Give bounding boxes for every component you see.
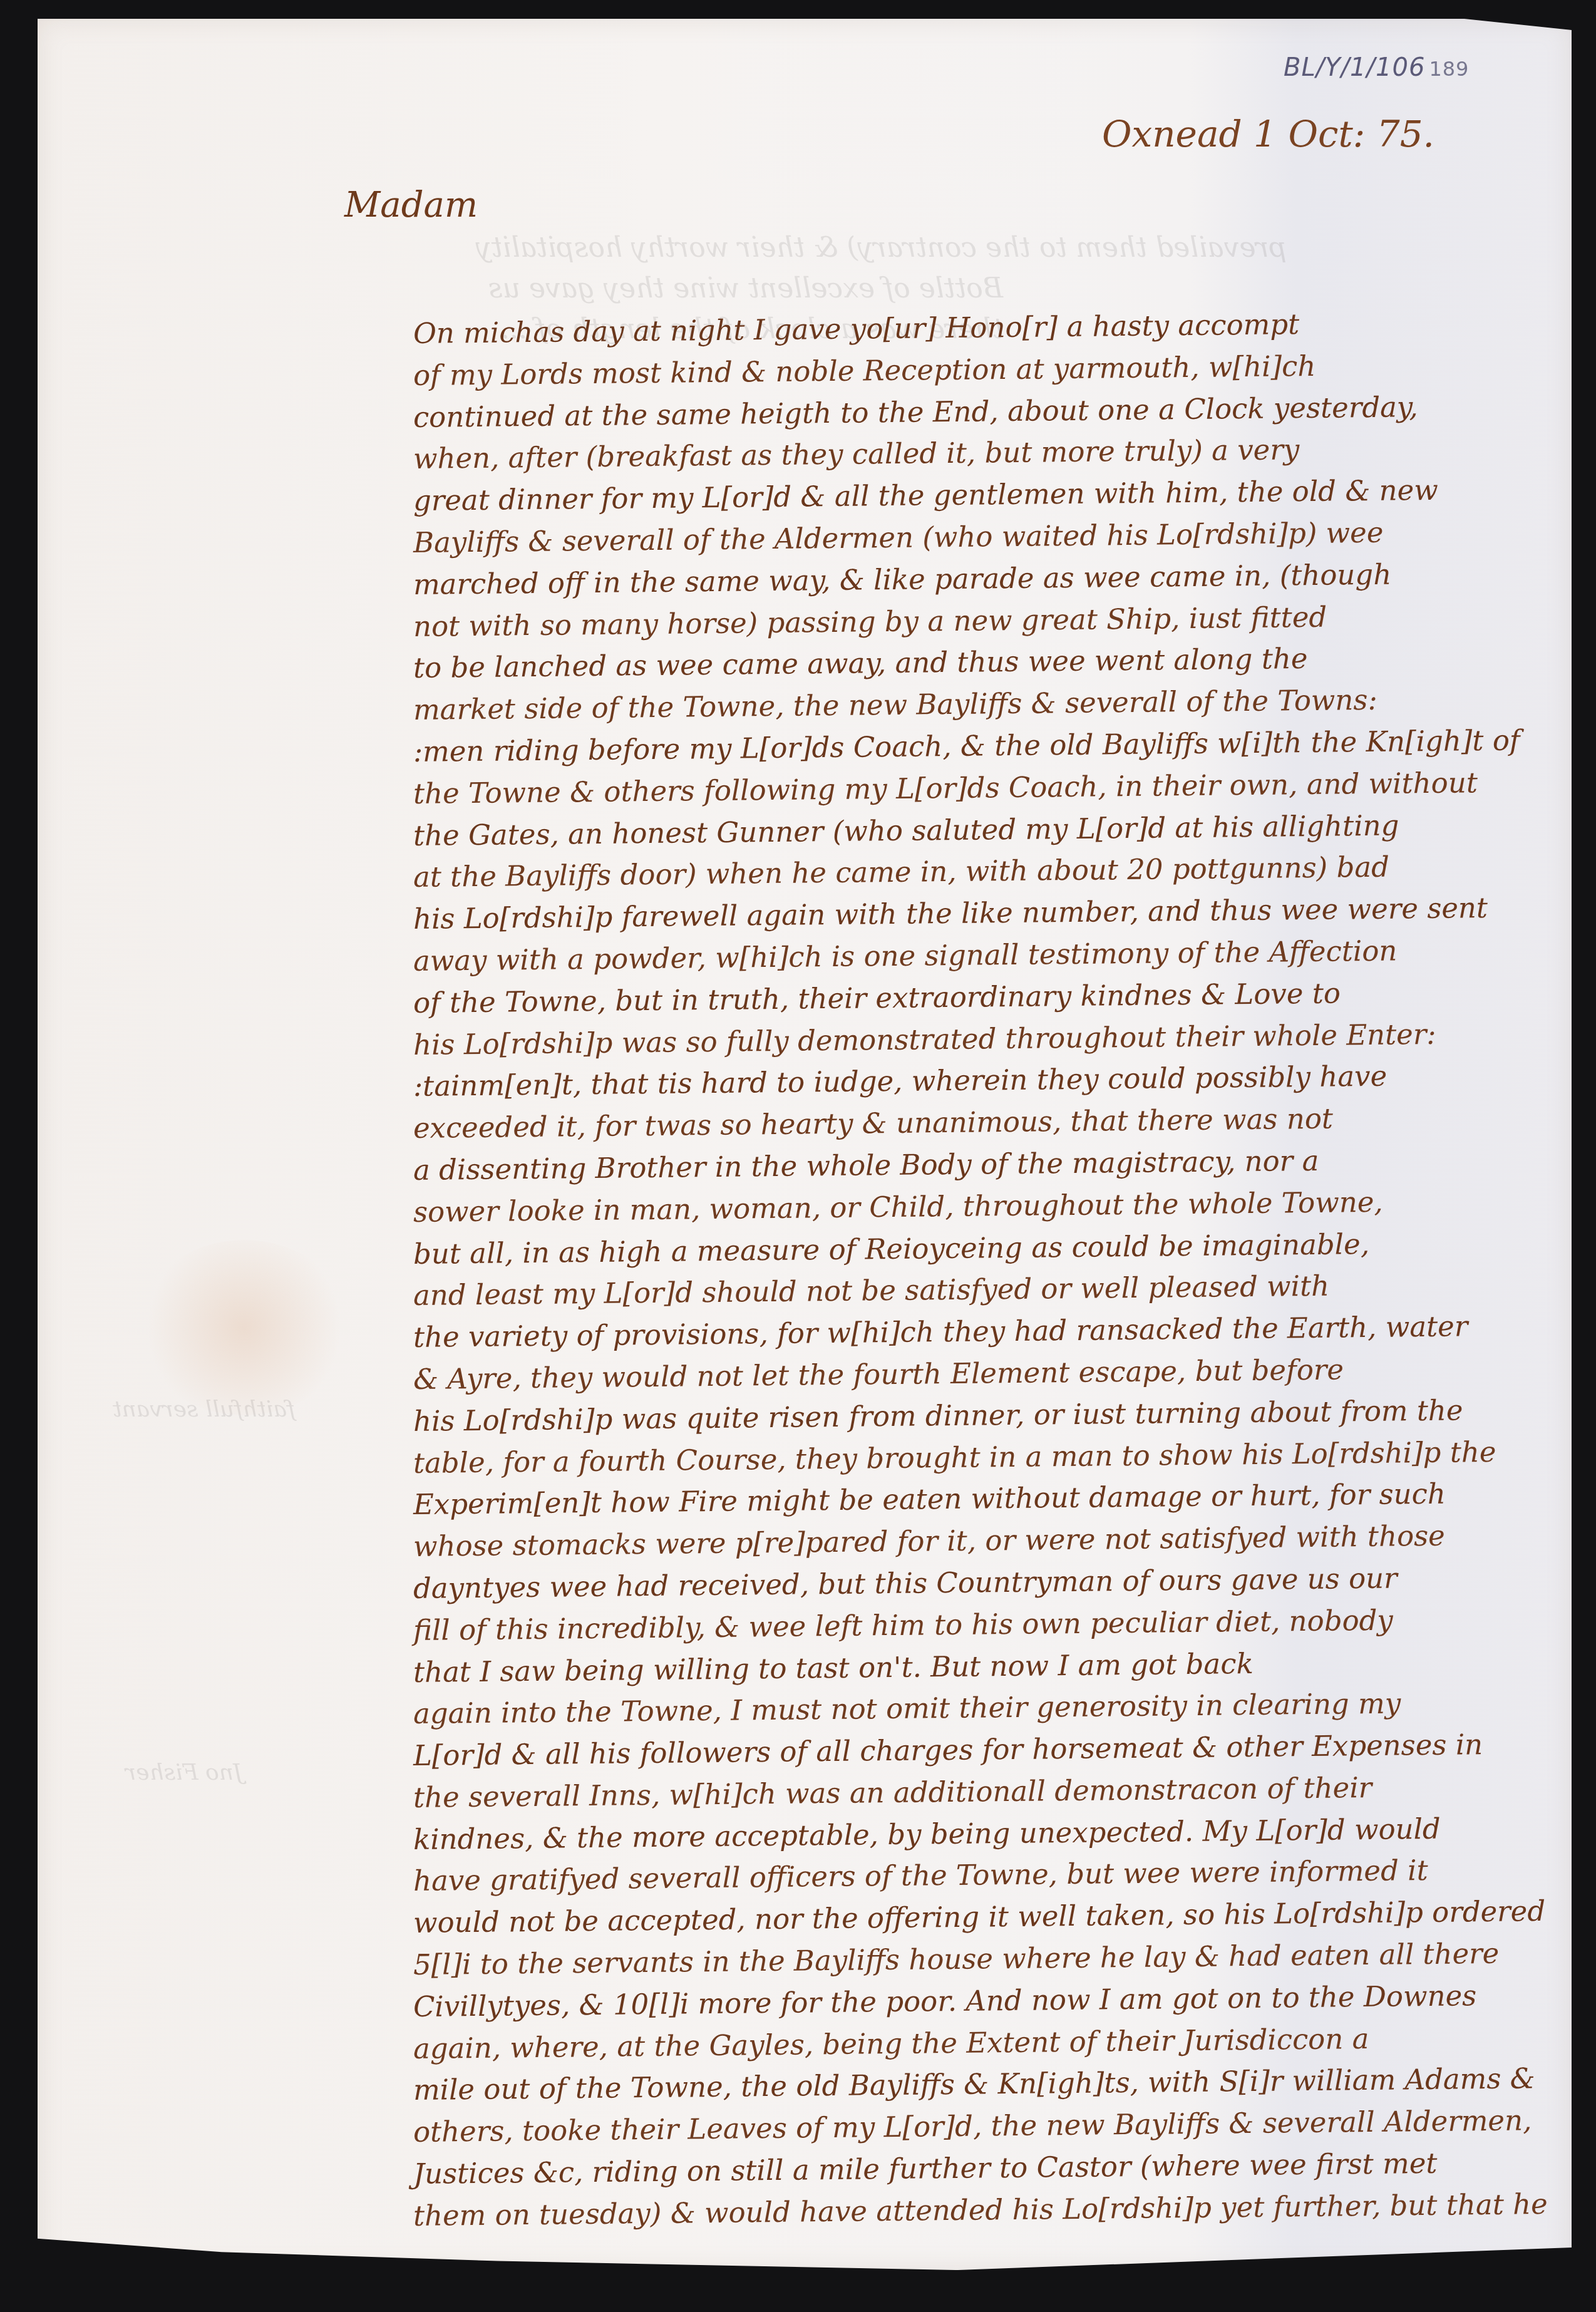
bleed-through-text: Bottle of excellent wine they gave us	[488, 272, 1003, 304]
archive-reference: BL/Y/1/106	[1284, 53, 1425, 82]
archive-reference-mark: BL/Y/1/106189	[1284, 53, 1469, 82]
letter-body: On michas day at night I gave yo[ur] Hon…	[413, 313, 1590, 2237]
dateline: Oxnead 1 Oct: 75.	[1102, 113, 1434, 155]
bleed-through-text: prevailed them to the contrary) & their …	[476, 232, 1287, 264]
bleed-through-text: faithfull servant	[113, 1396, 295, 1422]
manuscript-page: BL/Y/1/106189 Oxnead 1 Oct: 75. Madam pr…	[38, 19, 1572, 2270]
foxing-stain	[138, 1240, 351, 1415]
folio-number: 189	[1429, 57, 1469, 81]
salutation: Madam	[344, 185, 478, 225]
bleed-through-text: Jno Fisher	[125, 1760, 242, 1785]
